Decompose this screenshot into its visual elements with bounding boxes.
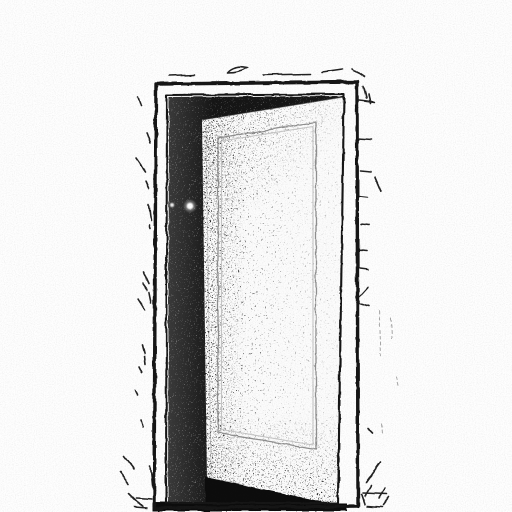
door-drawing: Open door	[0, 0, 512, 512]
paper-grain-overlay	[0, 0, 512, 512]
open-door-illustration: Open door	[0, 0, 512, 512]
